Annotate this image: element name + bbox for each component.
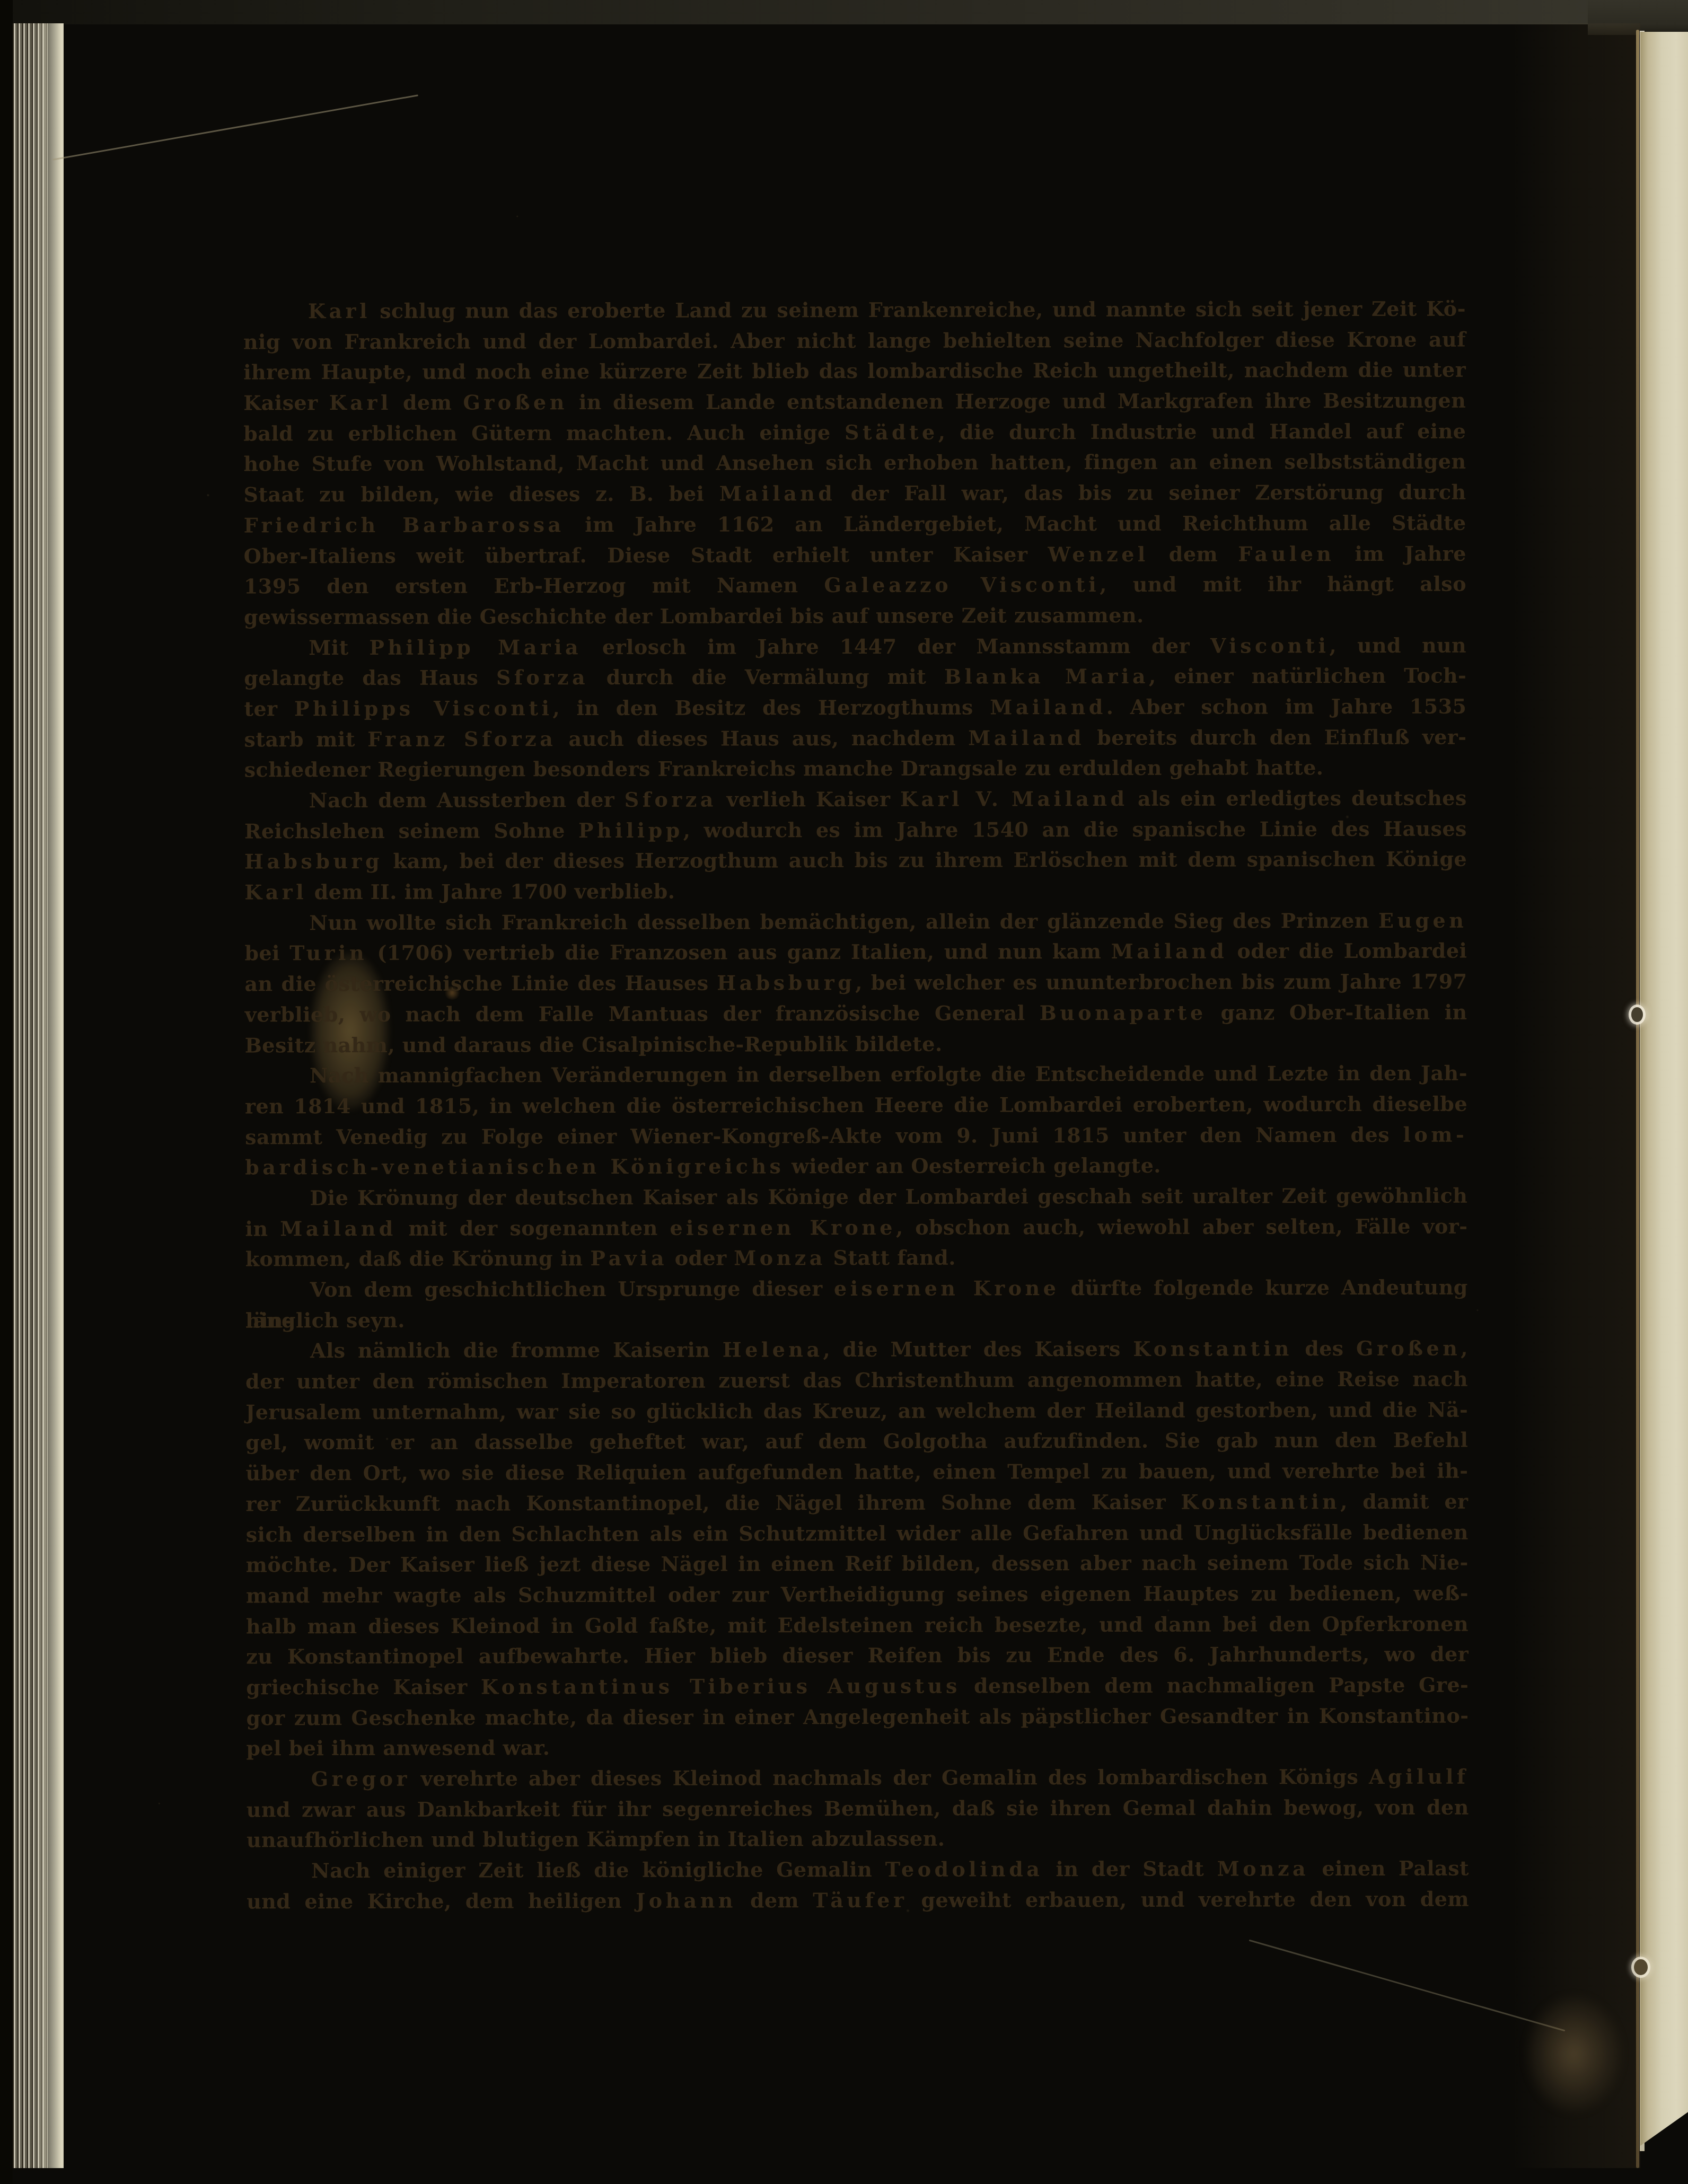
text-line: pel bei ihm anwesend war. [246, 1731, 1469, 1764]
emphasized-name: Konstantin [1133, 1337, 1293, 1361]
text-line: Reichslehen seinem Sohne Philipp, wodurc… [244, 813, 1467, 847]
text-line: Karl dem II. im Jahre 1700 verblieb. [244, 875, 1467, 908]
emphasized-name: Blanka Maria [944, 664, 1149, 689]
emphasized-name: eisernen Krone [670, 1215, 896, 1239]
text-line: gel, womit er an dasselbe geheftet war, … [245, 1425, 1468, 1458]
emphasized-name: Pavia [590, 1246, 667, 1270]
text-line: Kaiser Karl dem Großen in diesem Lande e… [243, 385, 1466, 419]
emphasized-name: Gregor [311, 1767, 410, 1791]
sewing-hole [1631, 1007, 1643, 1022]
emphasized-name: Städte [845, 420, 938, 444]
emphasized-name: Philipps Visconti [294, 696, 553, 720]
text-line: Friedrich Barbarossa im Jahre 1162 an Lä… [244, 507, 1466, 541]
emphasized-name: Helena [723, 1338, 823, 1362]
emphasized-name: Turin [289, 941, 367, 965]
emphasized-name: Monza [1217, 1856, 1309, 1880]
emphasized-name: Philipp Maria [369, 635, 582, 659]
text-line: Besitz nahm, und daraus die Cisalpinisch… [245, 1027, 1467, 1061]
emphasized-name: bardisch-venetianischen Königreichs [245, 1155, 784, 1179]
emphasized-name: Eugen [1378, 908, 1467, 932]
emphasized-name: Großen [1356, 1336, 1461, 1360]
text-line: an die österreichische Linie des Hauses … [244, 966, 1467, 1000]
text-line: starb mit Franz Sforza auch dieses Haus … [244, 721, 1466, 755]
emphasized-name: Teodolinda [885, 1857, 1043, 1881]
text-line: und zwar aus Dankbarkeit für ihr segenre… [247, 1792, 1469, 1825]
text-line: Nun wollte sich Frankreich desselben bem… [244, 905, 1467, 938]
emphasized-name: Karl [329, 391, 392, 415]
gutter-crease-line [1636, 30, 1639, 2168]
emphasized-name: lom- [1403, 1122, 1467, 1146]
emphasized-name: Faulen [1238, 542, 1334, 566]
text-line: bei Turin (1706) vertrieb die Franzosen … [244, 936, 1467, 969]
text-line: Ober-Italiens weit übertraf. Diese Stadt… [244, 538, 1466, 571]
text-line: 1395 den ersten Erb-Herzog mit Namen Gal… [244, 569, 1466, 602]
paragraph: Nach mannigfachen Veränderungen in derse… [245, 1058, 1467, 1183]
text-line: gelangte das Haus Sforza durch die Vermä… [244, 661, 1466, 694]
paragraph: Die Krönung der deutschen Kaiser als Kön… [245, 1181, 1467, 1275]
paragraph: Gregor verehrte aber dieses Kleinod nach… [247, 1762, 1469, 1856]
text-line: rer Zurückkunft nach Konstantinopel, die… [246, 1486, 1469, 1519]
text-line: Gregor verehrte aber dieses Kleinod nach… [247, 1762, 1469, 1795]
paragraph: Mit Philipp Maria erlosch im Jahre 1447 … [244, 630, 1467, 785]
emphasized-name: Philipp [578, 818, 683, 842]
page-sheet: Karl schlug nun das eroberte Land zu sei… [13, 23, 1640, 2168]
emphasized-name: Mailand [1111, 939, 1228, 963]
emphasized-name: Sforza [496, 665, 588, 689]
text-line: Nach mannigfachen Veränderungen in derse… [245, 1058, 1467, 1091]
text-line: Von dem geschichtlichen Ursprunge dieser… [245, 1272, 1468, 1306]
text-line: ihrem Haupte, und noch eine kürzere Zeit… [243, 355, 1466, 388]
emphasized-name: Mailand [968, 726, 1085, 750]
text-line: über den Ort, wo sie diese Reliquien auf… [245, 1456, 1468, 1489]
emphasized-name: Wenzel [1048, 542, 1148, 566]
text-line: der unter den römischen Imperatoren zuer… [245, 1364, 1468, 1397]
emphasized-name: Mailand [990, 695, 1106, 719]
text-line: ren 1814 und 1815, in welchen die österr… [245, 1088, 1467, 1122]
emphasized-name: eisernen Krone [834, 1276, 1059, 1300]
emphasized-name: Monza [734, 1246, 826, 1270]
text-line: nig von Frankreich und der Lombardei. Ab… [243, 324, 1466, 357]
paragraph: Karl schlug nun das eroberte Land zu sei… [243, 294, 1466, 632]
text-line: in Mailand mit der sogenannten eisernen … [245, 1211, 1467, 1244]
emphasized-name: Täufer [813, 1888, 907, 1912]
text-line: kommen, daß die Krönung in Pavia oder Mo… [245, 1241, 1468, 1275]
emphasized-name: Visconti [1210, 633, 1330, 657]
text-line: halb man dieses Kleinod in Gold faßte, m… [246, 1608, 1469, 1642]
text-line: Nach einiger Zeit ließ die königliche Ge… [247, 1853, 1469, 1887]
text-line: zu Konstantinopel aufbewahrte. Hier blie… [246, 1639, 1469, 1672]
emphasized-name: Buonaparte [1040, 1000, 1207, 1025]
text-line: Habsburg kam, bei der dieses Herzogthum … [244, 844, 1467, 877]
paragraph: Von dem geschichtlichen Ursprunge dieser… [245, 1272, 1468, 1336]
text-line: gor zum Geschenke machte, da dieser in e… [246, 1700, 1469, 1733]
text-line: schiedener Regierungen besonders Frankre… [244, 752, 1467, 786]
text-line: sich derselben in den Schlachten als ein… [246, 1517, 1469, 1550]
emphasized-name: Friedrich Barbarossa [244, 513, 565, 537]
text-line: Mit Philipp Maria erlosch im Jahre 1447 … [244, 630, 1466, 663]
emphasized-name: Karl [308, 299, 371, 323]
scan-top-border [0, 0, 1688, 24]
text-line: unaufhörlichen und blutigen Kämpfen in I… [247, 1822, 1469, 1856]
text-line: mand mehr wagte als Schuzmittel oder zur… [246, 1578, 1469, 1611]
emphasized-name: Mailand [1012, 787, 1128, 811]
text-line: Als nämlich die fromme Kaiserin Helena, … [245, 1333, 1468, 1367]
emphasized-name: Karl V. [900, 787, 1002, 811]
paragraph: Als nämlich die fromme Kaiserin Helena, … [245, 1333, 1469, 1764]
emphasized-name: Konstantin [1181, 1490, 1341, 1514]
text-line: griechische Kaiser Konstantinus Tiberius… [246, 1670, 1469, 1703]
scanned-book-photo: Karl schlug nun das eroberte Land zu sei… [0, 0, 1688, 2184]
emphasized-name: Habsburg [244, 849, 383, 874]
emphasized-name: Franz Sforza [367, 727, 556, 751]
text-line: hohe Stufe von Wohlstand, Macht und Anse… [243, 446, 1466, 480]
facing-page-edge [1640, 32, 1688, 2146]
text-line: verblieb, wo nach dem Falle Mantuas der … [245, 997, 1467, 1030]
emphasized-name: Sforza [625, 788, 717, 812]
emphasized-name: Galeazzo Visconti [824, 573, 1100, 597]
text-line: länglich seyn. [245, 1302, 1468, 1336]
paragraph: Nun wollte sich Frankreich desselben bem… [244, 905, 1467, 1060]
sewing-hole [1634, 1959, 1648, 1975]
gutter-shadow [1513, 23, 1640, 2168]
paragraph: Nach dem Aussterben der Sforza verlieh K… [244, 783, 1467, 908]
text-line: sammt Venedig zu Folge einer Wiener-Kong… [245, 1119, 1467, 1152]
text-line: Jerusalem unternahm, war sie so glücklic… [245, 1394, 1468, 1428]
emphasized-name: Karl [244, 880, 307, 904]
emphasized-name: Habsburg [717, 971, 855, 995]
text-line: gewissermassen die Geschichte der Lombar… [244, 599, 1466, 632]
emphasized-name: Mailand [280, 1216, 397, 1240]
emphasized-name: Konstantinus Tiberius Augustus [481, 1674, 961, 1699]
text-line: Karl schlug nun das eroberte Land zu sei… [243, 294, 1466, 327]
text-line: Die Krönung der deutschen Kaiser als Kön… [245, 1181, 1467, 1214]
text-line: möchte. Der Kaiser ließ jezt diese Nägel… [246, 1547, 1469, 1581]
paragraph: Nach einiger Zeit ließ die königliche Ge… [247, 1853, 1469, 1917]
emphasized-name: Großen [463, 390, 567, 414]
text-block: Karl schlug nun das eroberte Land zu sei… [243, 294, 1469, 1917]
emphasized-name: Mailand [719, 481, 836, 505]
text-line: Staat zu bilden, wie dieses z. B. bei Ma… [244, 477, 1466, 510]
text-line: bald zu erblichen Gütern machten. Auch e… [243, 416, 1466, 449]
scan-left-border [0, 0, 13, 2184]
text-line: Nach dem Aussterben der Sforza verlieh K… [244, 783, 1467, 816]
text-line: ter Philipps Visconti, in den Besitz des… [244, 691, 1466, 725]
text-line: bardisch-venetianischen Königreichs wied… [245, 1150, 1467, 1183]
emphasized-name: Agilulf [1369, 1765, 1469, 1789]
text-line: und eine Kirche, dem heiligen Johann dem… [247, 1883, 1469, 1917]
emphasized-name: Johann [636, 1888, 736, 1912]
